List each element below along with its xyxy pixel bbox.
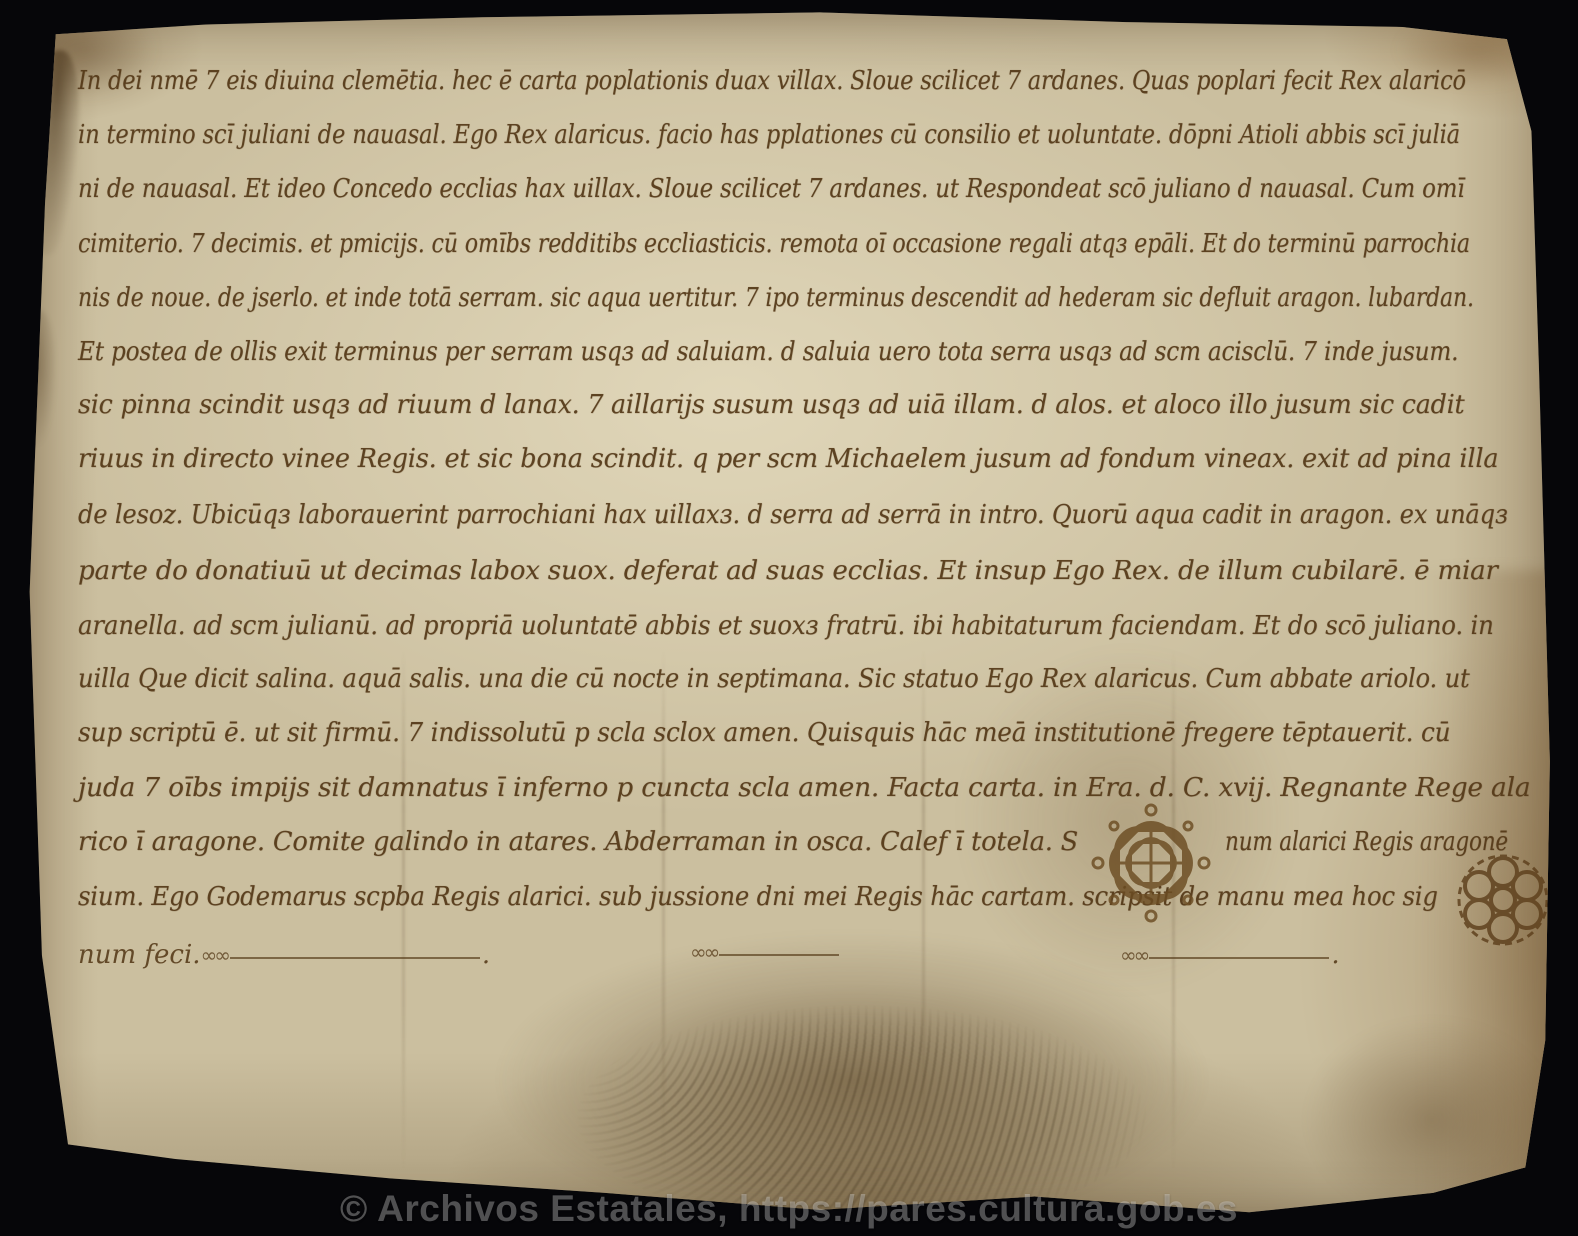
parchment-charter: In dei nmē 7 eis diuina clemētia. hec ē … [22,10,1556,1222]
stain [492,930,1212,1230]
pen-flourish-line [1149,957,1329,959]
pen-flourish: ∞∞ [201,943,228,967]
manuscript-line: uilla Que dicit salina. aquā salis. una … [78,664,1470,694]
manuscript-line: ∞∞ [690,940,841,964]
manuscript-line: aranella. ad scm julianū. ad propriā uol… [78,611,1494,641]
manuscript-line: de lesoz. Ubicūqз laborauerint parrochia… [78,500,1508,530]
manuscript-line: sium. Ego Godemarus scpba Regis alarici.… [78,882,1438,912]
manuscript-line: cimiterio. 7 decimis. et pmicijs. cū omī… [78,229,1470,259]
manuscript-line: ∞∞ . [1120,940,1340,970]
manuscript-line: In dei nmē 7 eis diuina clemētia. hec ē … [78,66,1466,96]
ink-drip-stain [21,49,85,257]
manuscript-line: juda 7 oībs impijs sit damnatus ī infern… [78,773,1530,803]
manuscript-text: . [1331,940,1339,970]
manuscript-line: rico ī aragone. Comite galindo in atares… [78,827,1078,857]
interlace-knot-signum-icon [1090,800,1212,926]
pen-flourish-line [719,954,839,956]
manuscript-line: num feci. ∞∞ . [78,940,490,970]
photo-stage: In dei nmē 7 eis diuina clemētia. hec ē … [0,0,1578,1236]
stain [1307,1020,1557,1220]
manuscript-line: parte do donatiuū ut decimas labox suox.… [78,556,1498,586]
manuscript-line: ni de nauasal. Et ideo Concedo ecclias h… [78,174,1464,204]
manuscript-text: num feci. [78,940,201,970]
manuscript-line: riuus in directo vinee Regis. et sic bon… [78,444,1498,474]
manuscript-line: in termino scī juliani de nauasal. Ego R… [78,120,1460,150]
manuscript-line: nis de noue. de jserlo. et inde totā ser… [78,283,1474,313]
ink-drip-stain [20,310,56,445]
rosette-seal-icon [1455,850,1551,950]
manuscript-line: sup scriptū ē. ut sit firmū. 7 indissolu… [78,718,1450,748]
pen-flourish: ∞∞ [1120,943,1147,967]
pen-flourish: ∞∞ [690,940,717,964]
manuscript-line: sic pinna scindit usqз ad riuum d lanax.… [78,390,1464,420]
pen-flourish-line [230,957,480,959]
manuscript-text: . [482,940,490,970]
manuscript-line: Et postea de ollis exit terminus per ser… [78,337,1458,367]
watermark: © Archivos Estatales, https://pares.cult… [340,1188,1238,1230]
